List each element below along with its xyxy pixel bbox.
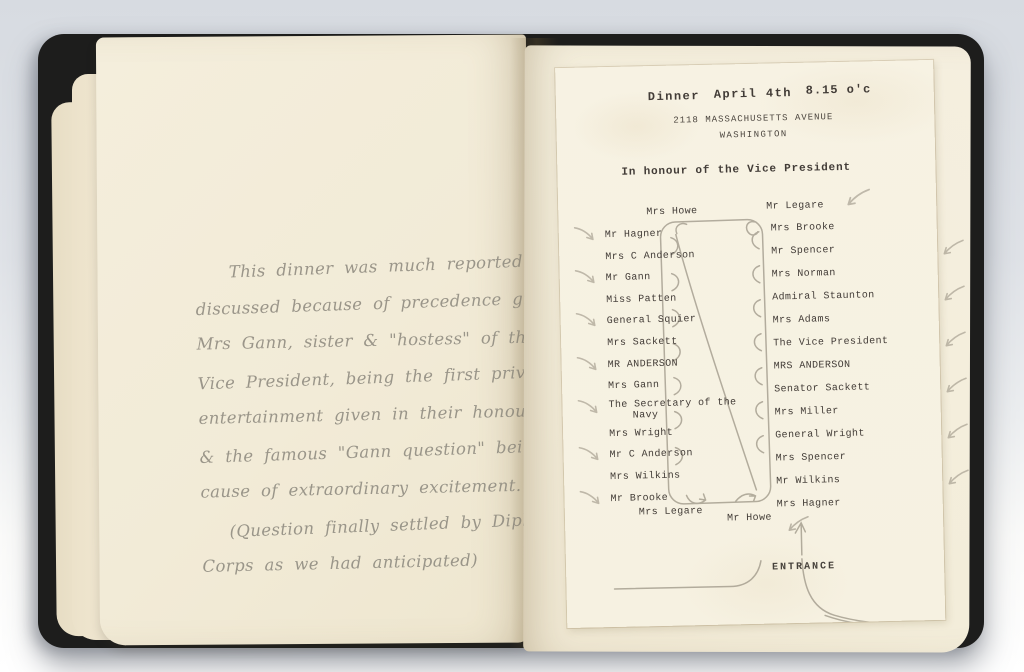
guest-name-head-right: Mr Legare — [766, 200, 824, 212]
guest-name: MRS ANDERSON — [774, 360, 851, 373]
seat-row: Mrs Hagner — [776, 489, 940, 516]
guest-name: Mrs Wilkins — [610, 470, 681, 483]
left-guest-column: Mr Hagner Mrs C Anderson Mr Gann Miss Pa… — [605, 221, 763, 509]
honoree-line: In honour of the Vice President — [621, 162, 851, 179]
guest-name: Mrs Adams — [773, 314, 831, 326]
guest-name-foot-right: Mr Howe — [727, 513, 772, 525]
address-line-2: WASHINGTON — [571, 126, 937, 144]
guest-name: Mr Spencer — [771, 245, 835, 257]
guest-name: Senator Sackett — [774, 382, 870, 395]
check-mark-icon — [943, 422, 969, 441]
check-mark-icon — [939, 238, 965, 257]
guest-name: Admiral Staunton — [772, 290, 875, 303]
guest-name: Mr Hagner — [605, 229, 663, 241]
check-mark-icon — [573, 225, 599, 244]
address-line-1: 2118 MASSACHUSETTS AVENUE — [570, 110, 936, 128]
left-page: This dinner was much reported & discusse… — [96, 35, 530, 646]
check-mark-icon — [941, 330, 967, 349]
check-mark-icon — [944, 468, 970, 487]
event-date: April 4th — [714, 86, 793, 102]
guest-name: Mr Wilkins — [776, 475, 840, 487]
guest-name: The Secretary of the Navy — [608, 397, 750, 423]
event-time: 8.15 o'c — [806, 82, 872, 97]
check-mark-icon — [842, 187, 872, 208]
guest-name: Mrs Brooke — [771, 222, 835, 234]
guest-name: Mrs Norman — [772, 268, 836, 280]
dinner-seating-card: Dinner April 4th 8.15 o'c 2118 MASSACHUS… — [555, 60, 945, 628]
guest-name: Mrs Spencer — [776, 452, 847, 465]
check-mark-icon — [574, 312, 600, 331]
guest-name: General Squier — [607, 315, 697, 328]
guest-name: Mr Gann — [606, 272, 651, 284]
guest-name: Mr Brooke — [610, 492, 668, 504]
guest-name-foot-left: Mrs Legare — [639, 506, 703, 518]
guest-name: General Wright — [775, 429, 865, 442]
entrance-path-left — [614, 561, 762, 589]
guest-name: Mrs Wright — [609, 427, 673, 439]
check-mark-icon — [578, 489, 604, 508]
guest-name: MR ANDERSON — [608, 358, 679, 371]
guest-name: The Vice President — [773, 336, 888, 350]
check-mark-icon — [575, 355, 601, 374]
guest-name: Mrs Sackett — [607, 337, 678, 350]
event-type-label: Dinner — [648, 89, 701, 104]
guest-name: Miss Patten — [606, 293, 677, 306]
check-mark-icon — [942, 376, 968, 395]
check-mark-icon — [576, 398, 602, 417]
guest-name: Mrs Hagner — [777, 498, 841, 510]
guest-name-head-left: Mrs Howe — [646, 206, 697, 218]
entrance-label: ENTRANCE — [772, 561, 836, 573]
open-book: This dinner was much reported & discusse… — [36, 18, 988, 654]
guest-name: Mrs Miller — [775, 406, 839, 418]
check-mark-icon — [577, 446, 603, 465]
check-mark-icon — [940, 284, 966, 303]
guest-name: Mrs C Anderson — [605, 250, 695, 263]
guest-name: Mrs Gann — [608, 380, 659, 392]
photo-of-open-scrapbook: This dinner was much reported & discusse… — [0, 0, 1024, 672]
right-guest-column: Mrs Brooke Mr Spencer Mrs Norman Admiral… — [770, 213, 940, 516]
card-header: Dinner April 4th 8.15 o'c — [556, 84, 934, 108]
seat-row: The Secretary of the Navy — [608, 394, 761, 423]
check-mark-icon — [574, 268, 600, 287]
guest-name: Mr C Anderson — [610, 449, 693, 462]
check-mark-icon — [783, 515, 811, 534]
